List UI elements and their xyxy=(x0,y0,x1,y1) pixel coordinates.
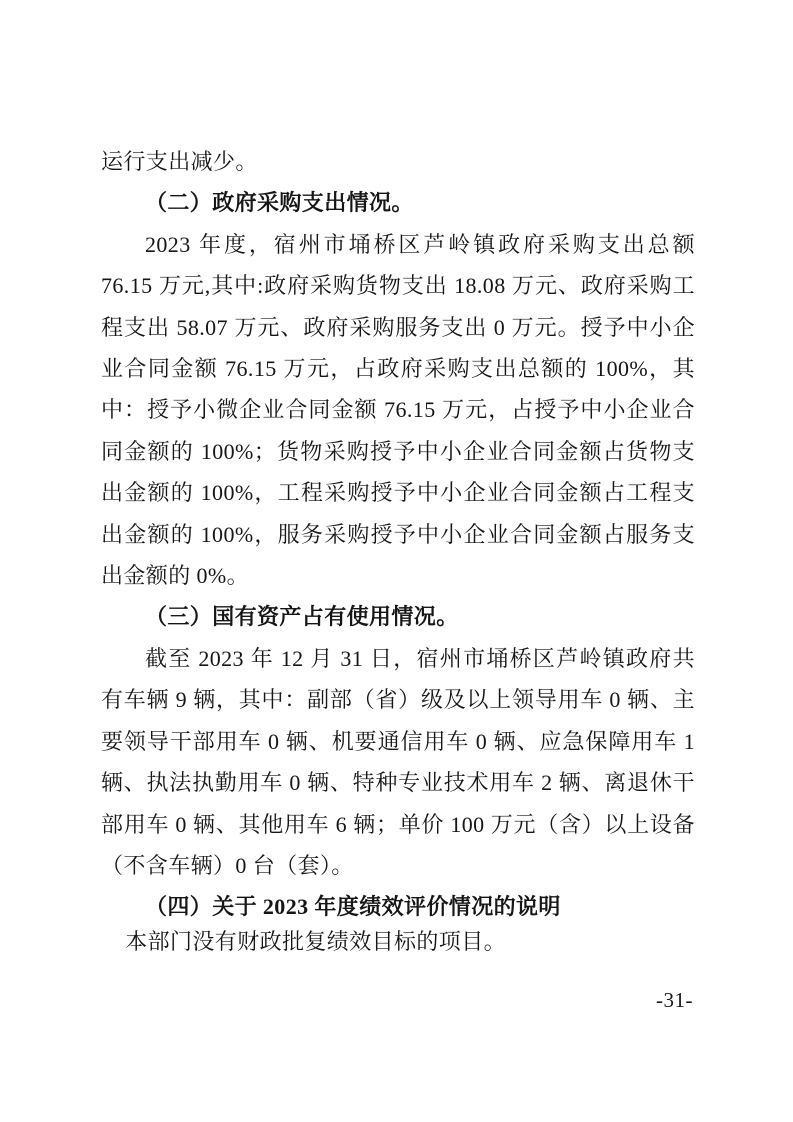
document-page: 运行支出减少。 （二）政府采购支出情况。 2023 年度，宿州市埇桥区芦岭镇政府… xyxy=(0,0,793,1122)
paragraph-performance-note: 本部门没有财政批复绩效目标的项目。 xyxy=(101,921,695,962)
page-number: -31- xyxy=(101,988,693,1013)
paragraph-state-assets-details: 截至 2023 年 12 月 31 日，宿州市埇桥区芦岭镇政府共有车辆 9 辆，… xyxy=(101,638,695,886)
heading-section-2-government-procurement: （二）政府采购支出情况。 xyxy=(101,182,695,223)
paragraph-procurement-details: 2023 年度，宿州市埇桥区芦岭镇政府采购支出总额 76.15 万元,其中:政府… xyxy=(101,224,695,597)
heading-section-3-state-assets: （三）国有资产占有使用情况。 xyxy=(101,596,695,637)
paragraph-operating-expense-continuation: 运行支出减少。 xyxy=(101,141,695,182)
document-body: 运行支出减少。 （二）政府采购支出情况。 2023 年度，宿州市埇桥区芦岭镇政府… xyxy=(101,141,695,962)
